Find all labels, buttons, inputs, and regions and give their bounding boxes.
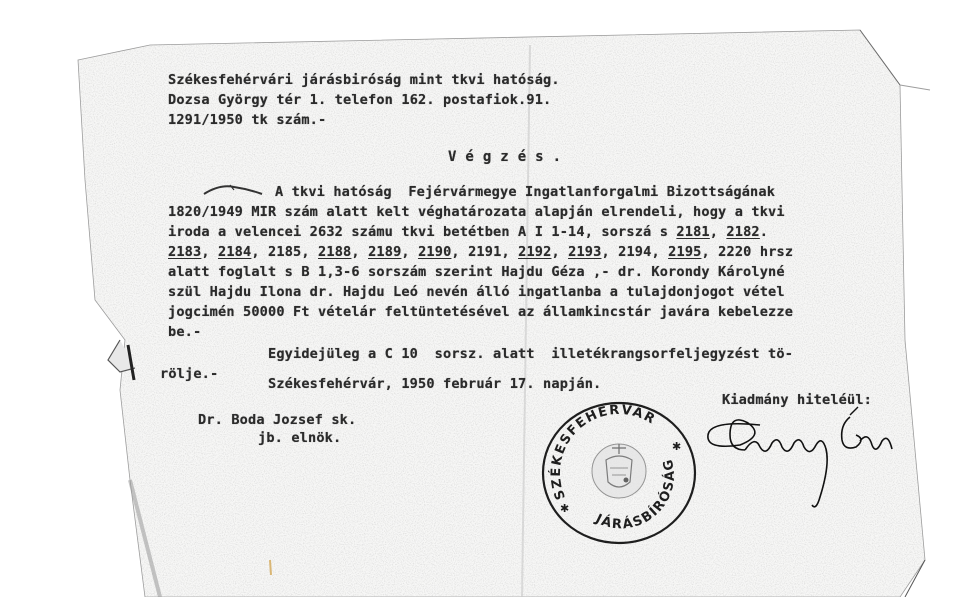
parcel-number: 2191 [468, 244, 501, 260]
pen-flourish [200, 180, 270, 200]
parcel-number: 2220 [718, 244, 751, 260]
parcel-suffix: hrsz [760, 244, 793, 260]
coat-of-arms-icon [592, 444, 646, 498]
body-line-7: be.- [168, 326, 201, 340]
stamp-star: ✱ [560, 503, 569, 515]
body-line-3: iroda a velencei 2632 számu tkvi betétbe… [168, 226, 768, 240]
parcel-number: 2194 [618, 244, 651, 260]
court-address-line: Dozsa György tér 1. telefon 162. postafi… [168, 94, 551, 108]
parcel-number: 2193 [568, 244, 601, 260]
second-paragraph-line-2: rölje.- [160, 368, 218, 382]
parcel-number: 2195 [668, 244, 701, 260]
parcel-number: 2192 [518, 244, 551, 260]
parcel-number: 2188 [318, 244, 351, 260]
body-line-4: alatt foglalt s B 1,3-6 sorszám szerint … [168, 266, 785, 280]
body-line-5: szül Hajdu Ilona dr. Hajdu Leó nevén áll… [168, 286, 785, 300]
parcel-number: 2181 [676, 224, 709, 240]
body-line-1: A tkvi hatóság Fejérvármegye Ingatlanfor… [275, 186, 775, 200]
body-line-6: jogcimén 50000 Ft vételár feltüntetéséve… [168, 306, 793, 320]
body-line-2: 1820/1949 MIR szám alatt kelt véghatároz… [168, 206, 785, 220]
signatory-title: jb. elnök. [258, 432, 341, 446]
signatory-name: Dr. Boda Jozsef sk. [198, 414, 356, 428]
document-title: Végzés. [448, 150, 570, 164]
scanned-document-page: Székesfehérvári járásbiróság mint tkvi h… [0, 0, 964, 597]
parcel-number: 2184 [218, 244, 251, 260]
court-header-line: Székesfehérvári járásbiróság mint tkvi h… [168, 74, 560, 88]
stamp-star: ✱ [672, 441, 681, 453]
date-line: Székesfehérvár, 1950 február 17. napján. [268, 378, 601, 392]
parcel-number: 2182 [726, 224, 759, 240]
court-stamp: SZÉKESFEHÉRVÁR JÁRÁSBÍRÓSÁG ✱ ✱ [538, 398, 700, 548]
body-line-3-text: iroda a velencei 2632 számu tkvi betétbe… [168, 224, 668, 240]
body-line-parcels: 2183, 2184, 2185, 2188, 2189, 2190, 2191… [168, 246, 793, 260]
case-number: 1291/1950 tk szám.- [168, 114, 326, 128]
second-paragraph-line-1: Egyidejüleg a C 10 sorsz. alatt illetékr… [268, 348, 793, 362]
parcel-number: 2185 [268, 244, 301, 260]
parcel-number: 2183 [168, 244, 201, 260]
parcel-number: 2190 [418, 244, 451, 260]
handwritten-signature [700, 405, 920, 515]
parcel-number: 2189 [368, 244, 401, 260]
